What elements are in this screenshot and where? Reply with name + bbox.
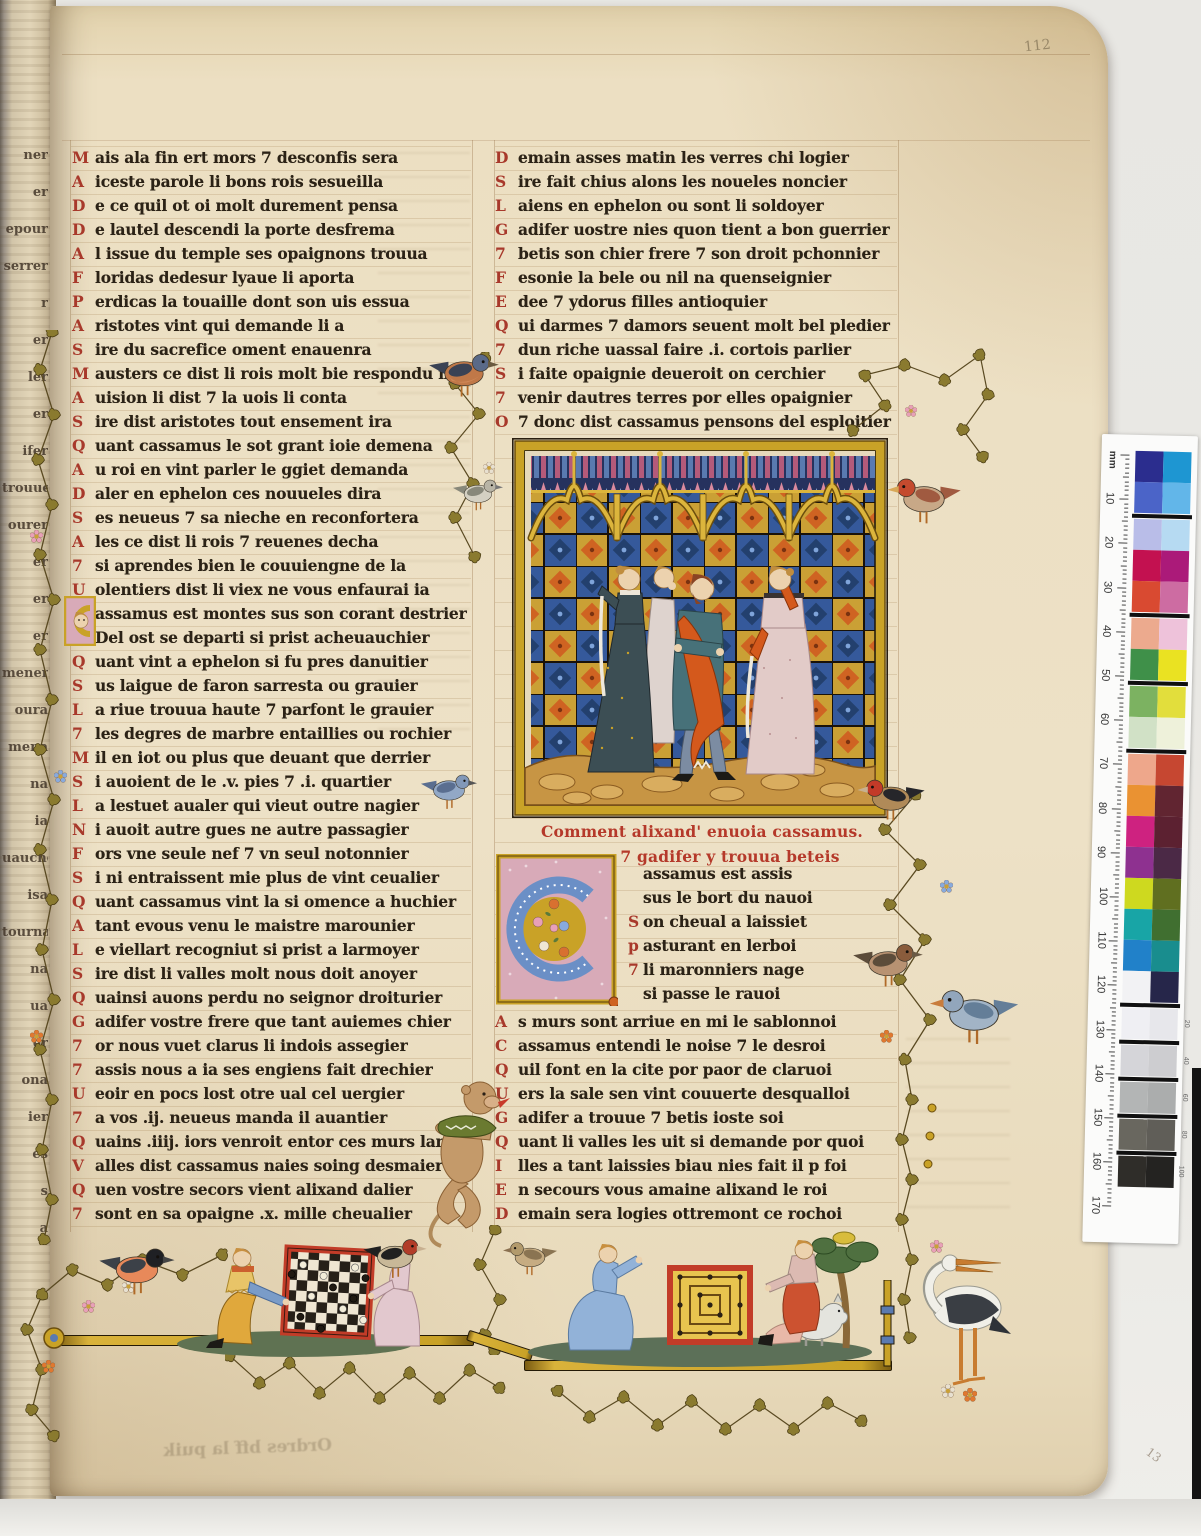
verse-text: assamus entendi le noise 7 le desroi	[518, 1036, 825, 1055]
verse-text: venir dautres terres por elles opaignier	[518, 388, 852, 407]
verse-text: l issue du temple ses opaignons trouua	[95, 244, 427, 263]
rubric-line-1: Comment alixand' enuoia cassamus.	[512, 820, 892, 844]
ruling-line	[62, 140, 1090, 141]
verse-line: si passe le rauoi	[628, 982, 812, 1006]
ruler-unit-label: mm	[1107, 451, 1118, 469]
verse-line: La riue trouua haute 7 parfont le grauie…	[72, 698, 467, 722]
verse-line: 7or nous vuet clarus li indois assegier	[72, 1034, 467, 1058]
verse-line: Mil en iot ou plus que deuant que derrie…	[72, 746, 467, 770]
verse-text: eoir en pocs lost otre ual cel uergier	[95, 1084, 404, 1103]
verse-line: Quant cassamus le sot grant ioie demena	[72, 434, 467, 458]
verse-text: ui darmes 7 damors seuent molt bel pledi…	[518, 316, 890, 335]
verse-line: Al issue du temple ses opaignons trouua	[72, 242, 467, 266]
verse-text: ers la sale sen vint couuerte desqualloi	[518, 1084, 850, 1103]
verse-text: us laigue de faron sarresta ou grauier	[95, 676, 417, 695]
ape-marginal-figure	[396, 1056, 514, 1251]
color-patch-row	[1131, 618, 1188, 650]
verse-text: ire du sacrefice oment enauenra	[95, 340, 371, 359]
verse-text: asturant en lerboi	[643, 936, 796, 955]
verse-text: iceste parole li bons rois sesueilla	[95, 172, 383, 191]
merels-player-man	[758, 1240, 820, 1346]
verse-text: aler en ephelon ces nouueles dira	[95, 484, 381, 503]
verse-text: uision li dist 7 la uois li conta	[95, 388, 347, 407]
verse-line: Fesonie la bele ou nil na quenseignier	[495, 266, 891, 290]
verse-line: Perdicas la touaille dont son uis essua	[72, 290, 467, 314]
verse-line: Si faite opaignie deueroit on cerchier	[495, 362, 891, 386]
verse-text: uainsi auons perdu no seignor droiturier	[95, 988, 442, 1007]
verse-text: ire fait chius alons les noueles noncier	[518, 172, 847, 191]
verse-line: Le viellart recogniut si prist a larmoye…	[72, 938, 467, 962]
color-patch-row: 60	[1119, 1082, 1176, 1114]
line-initial: F	[72, 266, 95, 290]
pendant-vine-left	[225, 1348, 510, 1443]
verse-line: Sire du sacrefice oment enauenra	[72, 338, 467, 362]
verse-text: si aprendes bien le couuiengne de la	[95, 556, 406, 575]
folio-number-bottom: 13	[1143, 1445, 1164, 1465]
verse-text: li maronniers nage	[643, 960, 804, 979]
goldfinch-bird-2	[362, 1232, 428, 1280]
verse-line: Cassamus entendi le noise 7 le desroi	[495, 1034, 864, 1058]
verse-text: il en iot ou plus que deuant que derrier	[95, 748, 430, 767]
merels-player-woman	[568, 1244, 642, 1350]
verse-line: 7li maronniers nage	[628, 958, 812, 982]
line-initial: D	[495, 146, 518, 170]
line-initial: D	[72, 194, 95, 218]
verse-text: ire dist aristotes tout ensement ira	[95, 412, 392, 431]
line-initial: S	[495, 170, 518, 194]
line-initial: A	[72, 170, 95, 194]
verse-text: ors vne seule nef 7 vn seul notonnier	[95, 844, 409, 863]
verse-line: Auision li dist 7 la uois li conta	[72, 386, 467, 410]
verse-line: Del ost se departi si prist acheuauchier	[72, 626, 467, 650]
verse-line: Demain asses matin les verres chi logier	[495, 146, 891, 170]
color-patch-row	[1134, 482, 1191, 514]
verse-line: Si ni entraissent mie plus de vint ceual…	[72, 866, 467, 890]
verse-text: e lautel descendi la porte desfrema	[95, 220, 395, 239]
verse-text: loridas dedesur lyaue li aporta	[95, 268, 354, 287]
verse-text: adifer a trouue 7 betis ioste soi	[518, 1108, 784, 1127]
verse-text: emain asses matin les verres chi logier	[518, 148, 849, 167]
verse-line: Quant li valles les uit si demande por q…	[495, 1130, 864, 1154]
verse-line: En secours vous amaine alixand le roi	[495, 1178, 864, 1202]
sparrow-bird	[852, 936, 924, 989]
verse-text: ristotes vint qui demande li a	[95, 316, 344, 335]
color-patch-row: 20	[1121, 1008, 1178, 1040]
verse-line: De ce quil ot oi molt durement pensa	[72, 194, 467, 218]
verse-text: emain sera logies ottremont ce rochoi	[518, 1204, 842, 1223]
color-patch-row: 80	[1119, 1119, 1176, 1151]
edge-text-fragment: r	[2, 296, 48, 333]
verse-text: i auoient de le .v. pies 7 .i. quartier	[95, 772, 391, 791]
color-patch-row	[1122, 971, 1179, 1003]
line-initial: D	[72, 218, 95, 242]
color-patch-row	[1130, 649, 1187, 681]
line-initial: F	[495, 266, 518, 290]
verse-text: uen vostre secors vient alixand dalier	[95, 1180, 412, 1199]
verse-line: assamus est assis	[628, 862, 812, 886]
verse-line: Aristotes vint qui demande li a	[72, 314, 467, 338]
line-initial: C	[495, 1034, 518, 1058]
verse-text: sus le bort du nauoi	[643, 888, 812, 907]
color-patch-row	[1132, 550, 1189, 582]
verse-text: uant cassamus vint la si omence a huchie…	[95, 892, 456, 911]
merels-board	[670, 1268, 750, 1342]
verse-line: Ni auoit autre gues ne autre passagier	[72, 818, 467, 842]
verse-text: assamus est montes sus son corant destri…	[95, 604, 467, 623]
verse-line: Quant vint a ephelon si fu pres danuitie…	[72, 650, 467, 674]
verse-text: dun riche uassal faire .i. cortois parli…	[518, 340, 851, 359]
right-text-column-bottom: As murs sont arriue en mi le sablonnoi C…	[495, 1010, 864, 1226]
verse-text: les degres de marbre entaillies ou rochi…	[95, 724, 451, 743]
crested-red-bird	[886, 470, 962, 526]
verse-text: uant vint a ephelon si fu pres danuitier	[95, 652, 428, 671]
color-patch-row	[1125, 847, 1182, 879]
verse-line: sus le bort du nauoi	[628, 886, 812, 910]
verse-text: alles dist cassamus naies soing desmaier	[95, 1156, 443, 1175]
verse-text: n secours vous amaine alixand le roi	[518, 1180, 827, 1199]
line-initial: S	[628, 910, 643, 934]
verse-text: u roi en vint parler le ggiet demanda	[95, 460, 408, 479]
verse-line: Demain sera logies ottremont ce rochoi	[495, 1202, 864, 1226]
color-patch-row	[1128, 717, 1185, 749]
verse-text: erdicas la touaille dont son uis essua	[95, 292, 409, 311]
edge-text-fragment: serrer	[2, 259, 48, 296]
color-patch-row	[1124, 909, 1181, 941]
verse-text: or nous vuet clarus li indois assegier	[95, 1036, 408, 1055]
verse-text: betis son chier frere 7 son droit pchonn…	[518, 244, 879, 263]
verse-line: Sus laigue de faron sarresta ou grauier	[72, 674, 467, 698]
kingfisher-bird	[928, 980, 1020, 1047]
bullfinch-bird	[98, 1240, 176, 1297]
stork	[905, 1238, 1040, 1403]
verse-text: Del ost se departi si prist acheuauchier	[95, 628, 429, 647]
verse-text: lles a tant laissies biau nies fait il p…	[518, 1156, 847, 1175]
ruling-line	[62, 54, 1090, 55]
verse-line: Aiceste parole li bons rois sesueilla	[72, 170, 467, 194]
color-patch-row	[1123, 940, 1180, 972]
verse-line: Quant cassamus vint la si omence a huchi…	[72, 890, 467, 914]
verse-text: ais ala fin ert mors 7 desconfis sera	[95, 148, 398, 167]
verse-text: uant li valles les uit si demande por qu…	[518, 1132, 864, 1151]
color-patch-row	[1132, 581, 1189, 613]
miniature-painting	[512, 438, 888, 818]
right-text-column-top: Demain asses matin les verres chi logier…	[495, 146, 891, 434]
verse-line: Gadifer uostre nies quon tient a bon gue…	[495, 218, 891, 242]
verse-line: Mausters ce dist li rois molt bie respon…	[72, 362, 467, 386]
left-margin-vine	[18, 330, 78, 1245]
verse-text: ire dist li valles molt nous doit anoyer	[95, 964, 417, 983]
line-initial: E	[495, 290, 518, 314]
edge-text-fragment: er	[2, 185, 48, 222]
merels-players-scene	[520, 1230, 880, 1370]
wagtail-bird	[452, 474, 504, 512]
verse-line: Floridas dedesur lyaue li aporta	[72, 266, 467, 290]
verse-line: Uers la sale sen vint couuerte desquallo…	[495, 1082, 864, 1106]
verse-text: esonie la bele ou nil na quenseignier	[518, 268, 831, 287]
verse-text: 7 donc dist cassamus pensons del esploit…	[518, 412, 891, 431]
lark-bird	[502, 1236, 558, 1277]
manuscript-photo: nererepourserrerrerlererifertrouuerourer…	[0, 0, 1201, 1536]
verse-line: Mais ala fin ert mors 7 desconfis sera	[72, 146, 467, 170]
cloth-background	[0, 1499, 1201, 1536]
verse-line: pasturant en lerboi	[628, 934, 812, 958]
photo-right-edge	[1192, 1068, 1201, 1536]
verse-text: a vos .ij. neueus manda il auantier	[95, 1108, 387, 1127]
verse-text: a lestuet aualer qui vieut outre nagier	[95, 796, 419, 815]
verse-text: assamus est assis	[643, 864, 792, 883]
verse-line: Qui darmes 7 damors seuent molt bel pled…	[495, 314, 891, 338]
color-patch-row	[1135, 451, 1192, 483]
verse-text: aiens en ephelon ou sont li soldoyer	[518, 196, 823, 215]
verse-text: s murs sont arriue en mi le sablonnoi	[518, 1012, 836, 1031]
verse-text: sont en sa opaigne .x. mille cheualier	[95, 1204, 412, 1223]
verse-line: Daler en ephelon ces nouueles dira	[72, 482, 467, 506]
verse-text: e ce quil ot oi molt durement pensa	[95, 196, 398, 215]
verse-line: Ses neueus 7 sa nieche en reconfortera	[72, 506, 467, 530]
color-patches: 20406080100	[1118, 451, 1192, 1188]
verse-line: Son cheual a laissiet	[628, 910, 812, 934]
color-patch-row	[1129, 686, 1186, 718]
verse-text: tant evous venu le maistre marounier	[95, 916, 414, 935]
verse-text: austers ce dist li rois molt bie respond…	[95, 364, 464, 383]
color-patch-row	[1127, 754, 1184, 786]
right-margin-vine-top	[845, 335, 995, 465]
edge-text-fragment: epour	[2, 222, 48, 259]
line-initial: Q	[495, 314, 518, 338]
line-initial: G	[495, 218, 518, 242]
verse-line: 7betis son chier frere 7 son droit pchon…	[495, 242, 891, 266]
verse-line: La lestuet aualer qui vieut outre nagier	[72, 794, 467, 818]
verse-line: Laiens en ephelon ou sont li soldoyer	[495, 194, 891, 218]
verse-text: i faite opaignie deueroit on cerchier	[518, 364, 825, 383]
color-patch-row	[1126, 816, 1183, 848]
verse-text: adifer vostre frere que tant auiemes chi…	[95, 1012, 451, 1031]
verse-text: i ni entraissent mie plus de vint ceuali…	[95, 868, 439, 887]
line-initial: 7	[495, 242, 518, 266]
verse-line: Si auoient de le .v. pies 7 .i. quartier	[72, 770, 467, 794]
line-initial: A	[72, 242, 95, 266]
verse-line: 7les degres de marbre entaillies ou roch…	[72, 722, 467, 746]
verse-line: 7dun riche uassal faire .i. cortois parl…	[495, 338, 891, 362]
ruler-ticks: 1020304050607080901001101201301401501601…	[1102, 434, 1198, 436]
folio-number-top: 112	[1023, 37, 1051, 56]
verse-line: Atant evous venu le maistre marounier	[72, 914, 467, 938]
chessboard	[284, 1248, 372, 1336]
verse-text: uil font en la cite por paor de claruoi	[518, 1060, 832, 1079]
illuminated-initial-c	[496, 854, 618, 1006]
goldfinch-bird	[856, 772, 926, 823]
edge-text-fragment: ner	[2, 148, 48, 185]
verse-line: Ales ce dist li rois 7 reuenes decha	[72, 530, 467, 554]
verse-text: es neueus 7 sa nieche en reconfortera	[95, 508, 419, 527]
color-patch-row	[1124, 878, 1181, 910]
verse-line: Sire dist aristotes tout ensement ira	[72, 410, 467, 434]
verse-line: Uolentiers dist li viex ne vous enfaurai…	[72, 578, 467, 602]
verse-line: De lautel descendi la porte desfrema	[72, 218, 467, 242]
verse-text: olentiers dist li viex ne vous enfaurai …	[95, 580, 430, 599]
line-initial: A	[495, 1010, 518, 1034]
verse-line: Illes a tant laissies biau nies fait il …	[495, 1154, 864, 1178]
color-patch-row: 40	[1120, 1045, 1177, 1077]
verse-line: Fors vne seule nef 7 vn seul notonnier	[72, 842, 467, 866]
verse-line: Quil font en la cite por paor de claruoi	[495, 1058, 864, 1082]
line-initial: P	[72, 290, 95, 314]
chaffinch-bird	[428, 346, 500, 399]
verse-line: assamus est montes sus son corant destri…	[72, 602, 467, 626]
verse-line: 7venir dautres terres por elles opaignie…	[495, 386, 891, 410]
verse-text: uant cassamus le sot grant ioie demena	[95, 436, 433, 455]
verse-line: Quainsi auons perdu no seignor droiturie…	[72, 986, 467, 1010]
line-initial: L	[495, 194, 518, 218]
verse-text: adifer uostre nies quon tient a bon guer…	[518, 220, 889, 239]
verse-line: Edee 7 ydorus filles antioquier	[495, 290, 891, 314]
verse-line: As murs sont arriue en mi le sablonnoi	[495, 1010, 864, 1034]
verse-text: on cheual a laissiet	[643, 912, 807, 931]
verse-text: dee 7 ydorus filles antioquier	[518, 292, 767, 311]
verse-line: Sire fait chius alons les noueles noncie…	[495, 170, 891, 194]
verse-text: si passe le rauoi	[643, 984, 780, 1003]
color-calibration-card: mm 1020304050607080901001101201301401501…	[1082, 434, 1198, 1244]
verse-text: assis nous a ia ses engiens fait drechie…	[95, 1060, 433, 1079]
verse-text: i auoit autre gues ne autre passagier	[95, 820, 409, 839]
color-patch-row	[1127, 785, 1184, 817]
line-initial: M	[72, 146, 95, 170]
verse-line: Au roi en vint parler le ggiet demanda	[72, 458, 467, 482]
verse-line: Gadifer vostre frere que tant auiemes ch…	[72, 1010, 467, 1034]
lettrine-text-lines: assamus est assis sus le bort du nauoi S…	[628, 862, 812, 1006]
line-initial: p	[628, 934, 643, 958]
pendant-vine-right	[550, 1385, 890, 1470]
color-patch-row: 100	[1118, 1156, 1175, 1188]
verse-text: les ce dist li rois 7 reuenes decha	[95, 532, 378, 551]
verse-line: O7 donc dist cassamus pensons del esploi…	[495, 410, 891, 434]
bar-left-ornament	[30, 1314, 72, 1360]
verse-text: e viellart recogniut si prist a larmoyer	[95, 940, 419, 959]
verse-line: Sire dist li valles molt nous doit anoye…	[72, 962, 467, 986]
verse-text: a riue trouua haute 7 parfont le grauier	[95, 700, 433, 719]
color-patch-row	[1133, 519, 1190, 551]
verse-line: 7si aprendes bien le couuiengne de la	[72, 554, 467, 578]
line-initial: 7	[628, 958, 643, 982]
blue-bird	[420, 768, 478, 811]
verse-line: Gadifer a trouue 7 betis ioste soi	[495, 1106, 864, 1130]
